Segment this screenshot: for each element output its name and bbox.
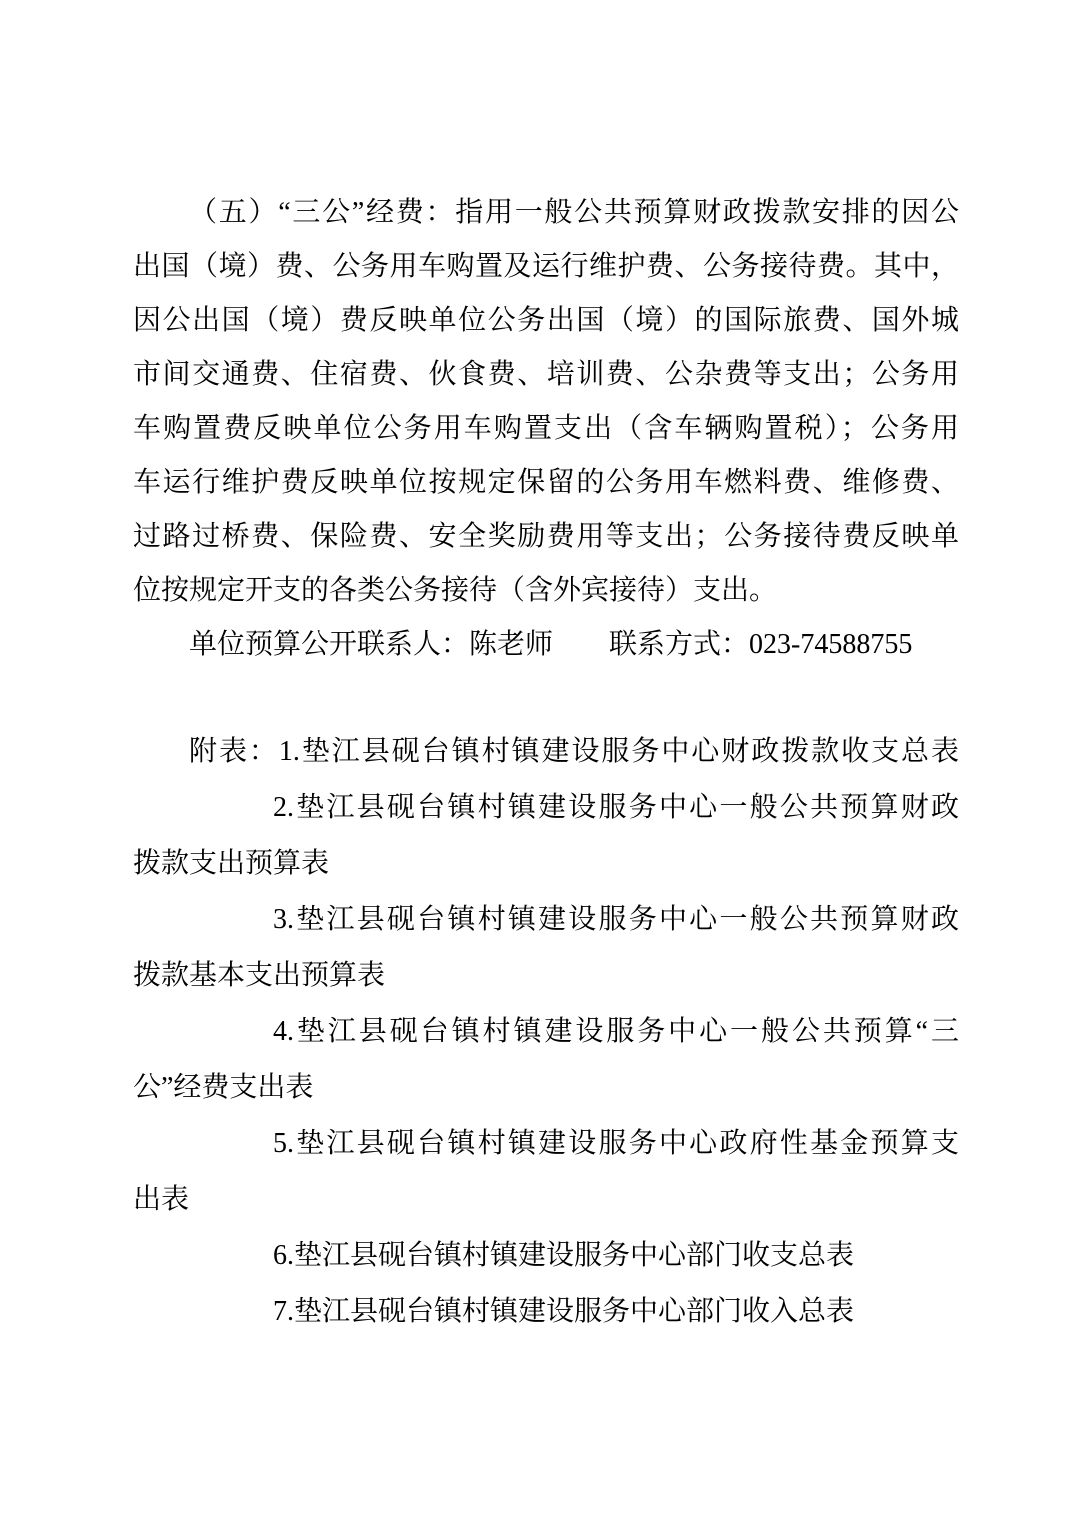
body-line: 车购置费反映单位公务用车购置支出（含车辆购置税）；公务用	[133, 402, 959, 456]
appendix-item-3-line-1: 3.垫江县砚台镇村镇建设服务中心一般公共预算财政	[133, 892, 959, 948]
contact-person: 陈老师	[469, 629, 553, 660]
appendix-item-4-line-2: 公”经费支出表	[133, 1060, 959, 1116]
contact-line: 单位预算公开联系人：陈老师联系方式：023-74588755	[133, 618, 959, 672]
appendix-item-1: 附表：1.垫江县砚台镇村镇建设服务中心财政拨款收支总表	[133, 724, 959, 780]
body-line: 因公出国（境）费反映单位公务出国（境）的国际旅费、国外城	[133, 294, 959, 348]
body-line: 位按规定开支的各类公务接待（含外宾接待）支出。	[133, 564, 959, 618]
blank-line	[133, 672, 959, 724]
appendix-item-3-line-2: 拨款基本支出预算表	[133, 948, 959, 1004]
body-line: （五）“三公”经费：指用一般公共预算财政拨款安排的因公	[133, 186, 959, 240]
appendix-item-6: 6.垫江县砚台镇村镇建设服务中心部门收支总表	[133, 1228, 959, 1284]
contact-label: 单位预算公开联系人：	[189, 629, 469, 660]
appendix-item-7: 7.垫江县砚台镇村镇建设服务中心部门收入总表	[133, 1284, 959, 1340]
body-line: 出国（境）费、公务用车购置及运行维护费、公务接待费。其中，	[133, 240, 959, 294]
appendix-item-4-line-1: 4.垫江县砚台镇村镇建设服务中心一般公共预算“三	[133, 1004, 959, 1060]
contact-phone: 023-74588755	[749, 629, 912, 660]
appendix-item-2-line-2: 拨款支出预算表	[133, 836, 959, 892]
body-line: 车运行维护费反映单位按规定保留的公务用车燃料费、维修费、	[133, 456, 959, 510]
document-body: （五）“三公”经费：指用一般公共预算财政拨款安排的因公 出国（境）费、公务用车购…	[133, 186, 959, 1340]
appendix-item-5-line-2: 出表	[133, 1172, 959, 1228]
sangong-paragraph: （五）“三公”经费：指用一般公共预算财政拨款安排的因公 出国（境）费、公务用车购…	[133, 186, 959, 672]
appendix-item-5-line-1: 5.垫江县砚台镇村镇建设服务中心政府性基金预算支	[133, 1116, 959, 1172]
document-page: （五）“三公”经费：指用一般公共预算财政拨款安排的因公 出国（境）费、公务用车购…	[0, 0, 1074, 1520]
appendix-list: 附表：1.垫江县砚台镇村镇建设服务中心财政拨款收支总表 2.垫江县砚台镇村镇建设…	[133, 724, 959, 1340]
body-line: 过路过桥费、保险费、安全奖励费用等支出；公务接待费反映单	[133, 510, 959, 564]
appendix-item-2-line-1: 2.垫江县砚台镇村镇建设服务中心一般公共预算财政	[133, 780, 959, 836]
body-line: 市间交通费、住宿费、伙食费、培训费、公杂费等支出；公务用	[133, 348, 959, 402]
contact-method-label: 联系方式：	[609, 629, 749, 660]
